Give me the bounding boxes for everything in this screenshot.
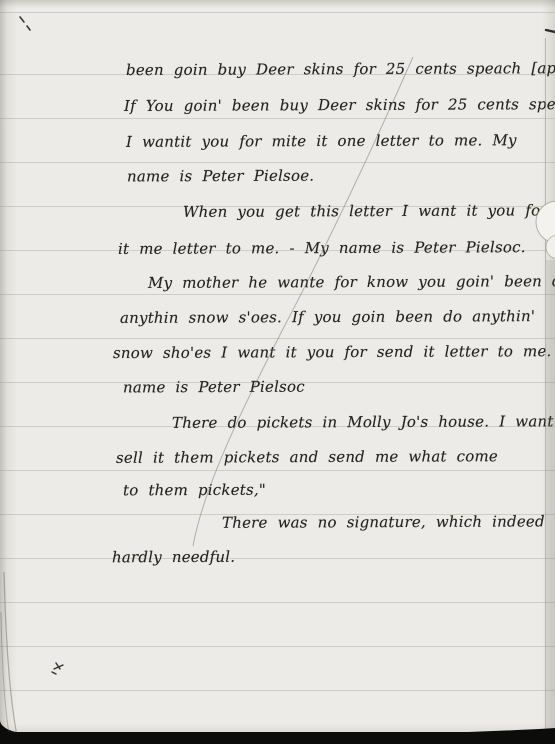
scan-background-strip (0, 732, 555, 744)
manuscript-line: If You goin' been buy Deer skins for 25 … (124, 95, 555, 115)
scanned-page: been goin buy Deer skins for 25 cents sp… (0, 0, 555, 744)
manuscript-line: name is Peter Pielsoe. (127, 167, 314, 186)
manuscript-line: hardly needful. (112, 548, 235, 567)
manuscript-line: sell it them pickets and send me what co… (116, 447, 498, 467)
manuscript-line: There do pickets in Molly Jo's house. I … (172, 412, 555, 432)
manuscript-line: been goin buy Deer skins for 25 cents sp… (126, 59, 555, 79)
manuscript-line: snow sho'es I want it you for send it le… (113, 342, 555, 362)
manuscript-line: When you get this letter I want it you f… (183, 201, 555, 221)
manuscript-line: My mother he wante for know you goin' be… (148, 272, 555, 292)
manuscript-line: name is Peter Pielsoc (123, 378, 305, 397)
manuscript-line: anythin snow s'oes. If you goin been do … (120, 307, 535, 327)
manuscript-line: it me letter to me. - My name is Peter P… (118, 238, 526, 258)
manuscript-line: I wantit you for mite it one letter to m… (126, 131, 517, 151)
notebook-page: been goin buy Deer skins for 25 cents sp… (0, 0, 555, 733)
handwriting-layer: been goin buy Deer skins for 25 cents sp… (0, 0, 555, 733)
manuscript-line: There was no signature, which indeed was (222, 512, 555, 532)
manuscript-line: to them pickets," (123, 481, 266, 500)
